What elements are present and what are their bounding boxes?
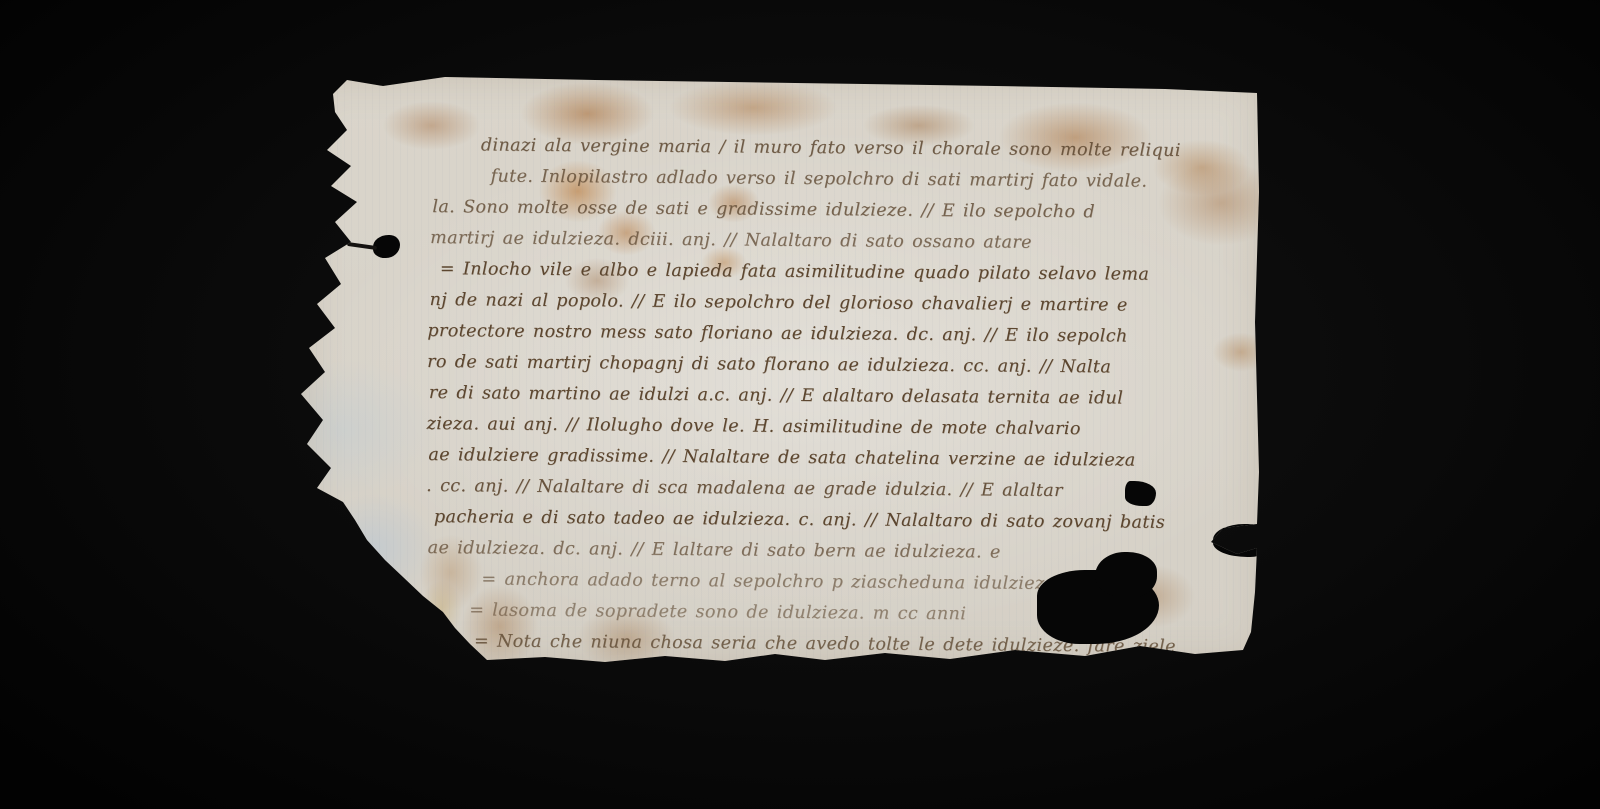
- worm-hole-small: [1125, 481, 1156, 506]
- manuscript-line: martirj ae idulzieza. dciii. anj. // Nal…: [422, 223, 1232, 260]
- tear-hole-left: [373, 235, 400, 258]
- velvet-background: dinazi ala vergine maria / il muro fato …: [0, 0, 1600, 809]
- manuscript-fragment: dinazi ala vergine maria / il muro fato …: [295, 72, 1270, 668]
- edge-notch-hole: [1213, 524, 1273, 557]
- tear-hole-large-lobe: [1095, 552, 1157, 598]
- manuscript-line: . cc. anj. // Nalaltare di sca madalena …: [420, 471, 1230, 508]
